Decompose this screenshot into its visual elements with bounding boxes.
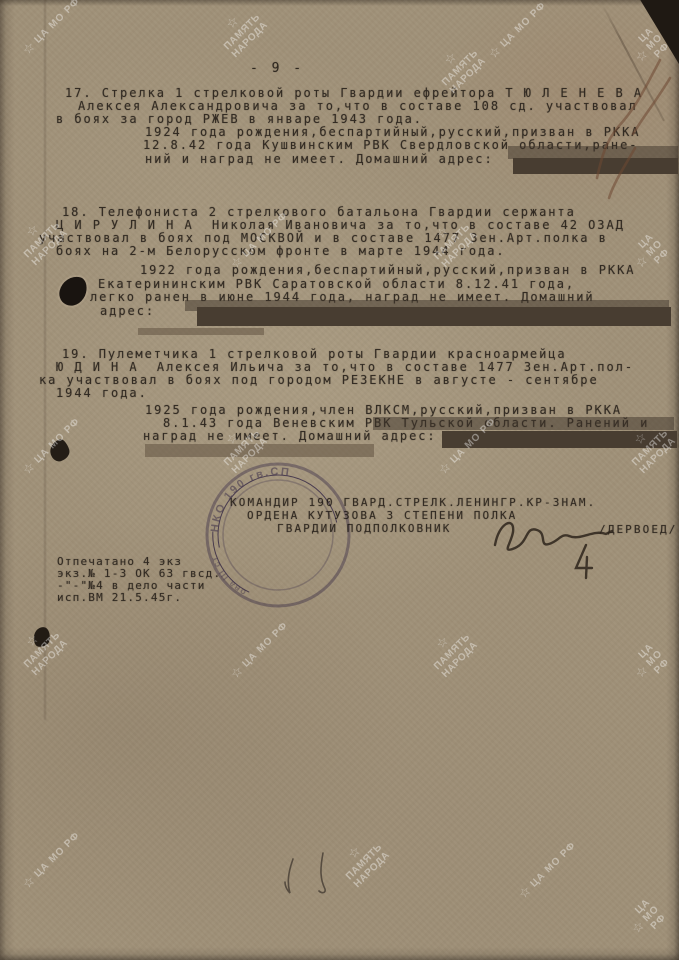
scanned-document-page: { "page": { "number_label": "- 9 -" }, "… [0,0,679,960]
redaction-bar [145,444,374,457]
redaction-bar [373,417,674,430]
redaction-bar [138,328,264,335]
redaction-bar [513,158,678,174]
redaction-layer [0,0,679,960]
redaction-bar [442,431,677,448]
redaction-bar [197,307,671,326]
